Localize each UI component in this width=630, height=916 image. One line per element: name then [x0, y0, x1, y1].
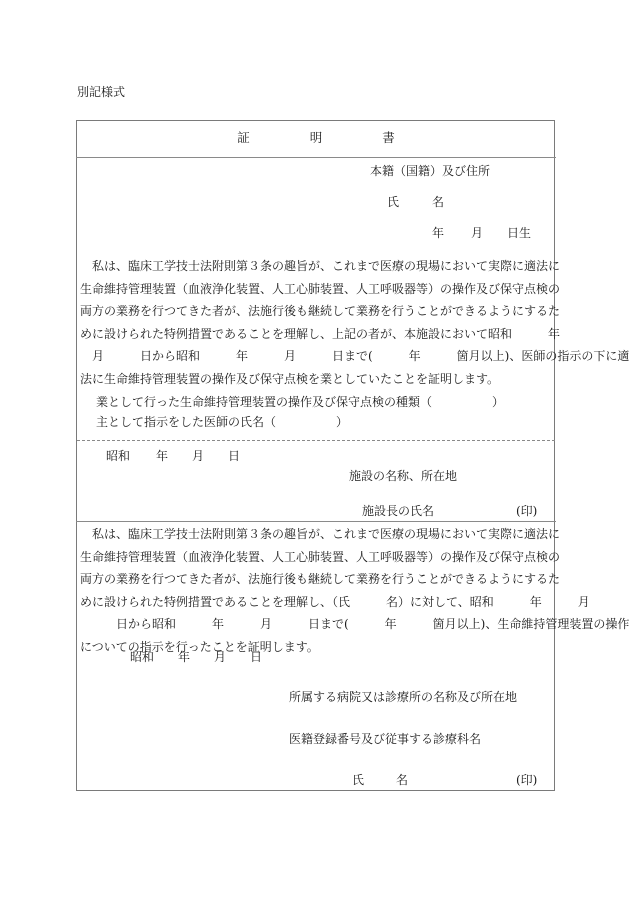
section2-date-year: 年 [178, 651, 190, 663]
dashed-divider [77, 440, 555, 441]
title-char-2: 明 [310, 132, 323, 145]
section1-line-6: 法に生命維持管理装置の操作及び保守点検を業としていたことを証明します。 [80, 368, 554, 391]
applicant-name-label-2: 名 [432, 196, 444, 208]
section1-line-1: 私は、臨床工学技士法附則第３条の趣旨が、これまで医療の現場において実際に適法に [80, 255, 554, 278]
domicile-label: 本籍（国籍）及び住所 [370, 165, 490, 177]
section1-line-4: めに設けられた特例措置であることを理解し、上記の者が、本施設において昭和 年 [80, 323, 554, 346]
section2-line-4: めに設けられた特例措置であることを理解し、（氏 名）に対して、昭和 年 月 [80, 591, 554, 614]
title-char-3: 書 [382, 132, 395, 145]
section2-line-5: 日から昭和 年 月 日まで( 年 箇月以上)、生命維持管理装置の操作 [80, 613, 554, 636]
section1-date-era: 昭和 [106, 450, 130, 462]
title-char-1: 証 [237, 132, 250, 145]
doctor-name-label-2: 名 [396, 774, 408, 786]
section2-line-1: 私は、臨床工学技士法附則第３条の趣旨が、これまで医療の現場において実際に適法に [80, 523, 554, 546]
facility-head-seal: (印) [516, 505, 537, 517]
facility-name-label: 施設の名称、所在地 [349, 470, 457, 482]
birth-year-label: 年 [432, 227, 444, 239]
certificate-title: 証 明 書 [76, 132, 556, 145]
section-divider [76, 521, 556, 522]
facility-head-label: 施設長の氏名 [362, 505, 434, 517]
equipment-type-field[interactable]: 業として行った生命維持管理装置の操作及び保守点検の種類（ ） [96, 396, 504, 408]
doctor-seal: (印) [516, 774, 537, 786]
birth-month-label: 月 [471, 227, 483, 239]
section1-line-5: 月 日から昭和 年 月 日まで( 年 箇月以上)、医師の指示の下に適 [80, 345, 554, 368]
section2-date-month: 月 [214, 651, 226, 663]
section2-date-era: 昭和 [130, 651, 154, 663]
form-label: 別記様式 [77, 86, 125, 98]
section1-date-month: 月 [192, 450, 204, 462]
title-divider [76, 157, 556, 158]
section2-line-3: 両方の業務を行つてきた者が、法施行後も継続して業務を行うことができるようにするた [80, 568, 554, 591]
section2-date-day: 日 [250, 651, 262, 663]
applicant-name-label-1: 氏 [387, 196, 399, 208]
section1-line-2: 生命維持管理装置（血液浄化装置、人工心肺装置、人工呼吸器等）の操作及び保守点検の [80, 278, 554, 301]
birth-day-label: 日生 [507, 227, 531, 239]
doctor-name-label-1: 氏 [352, 774, 364, 786]
section2-paragraph: 私は、臨床工学技士法附則第３条の趣旨が、これまで医療の現場において実際に適法に … [80, 523, 554, 658]
section1-paragraph: 私は、臨床工学技士法附則第３条の趣旨が、これまで医療の現場において実際に適法に … [80, 255, 554, 390]
registration-label: 医籍登録番号及び従事する診療科名 [289, 733, 481, 745]
section1-date-day: 日 [228, 450, 240, 462]
supervising-doctor-field[interactable]: 主として指示をした医師の氏名（ ） [96, 416, 348, 428]
section1-line-3: 両方の業務を行つてきた者が、法施行後も継続して業務を行うことができるようにするた [80, 300, 554, 323]
hospital-name-label: 所属する病院又は診療所の名称及び所在地 [289, 691, 517, 703]
section2-line-2: 生命維持管理装置（血液浄化装置、人工心肺装置、人工呼吸器等）の操作及び保守点検の [80, 546, 554, 569]
section1-date-year: 年 [156, 450, 168, 462]
